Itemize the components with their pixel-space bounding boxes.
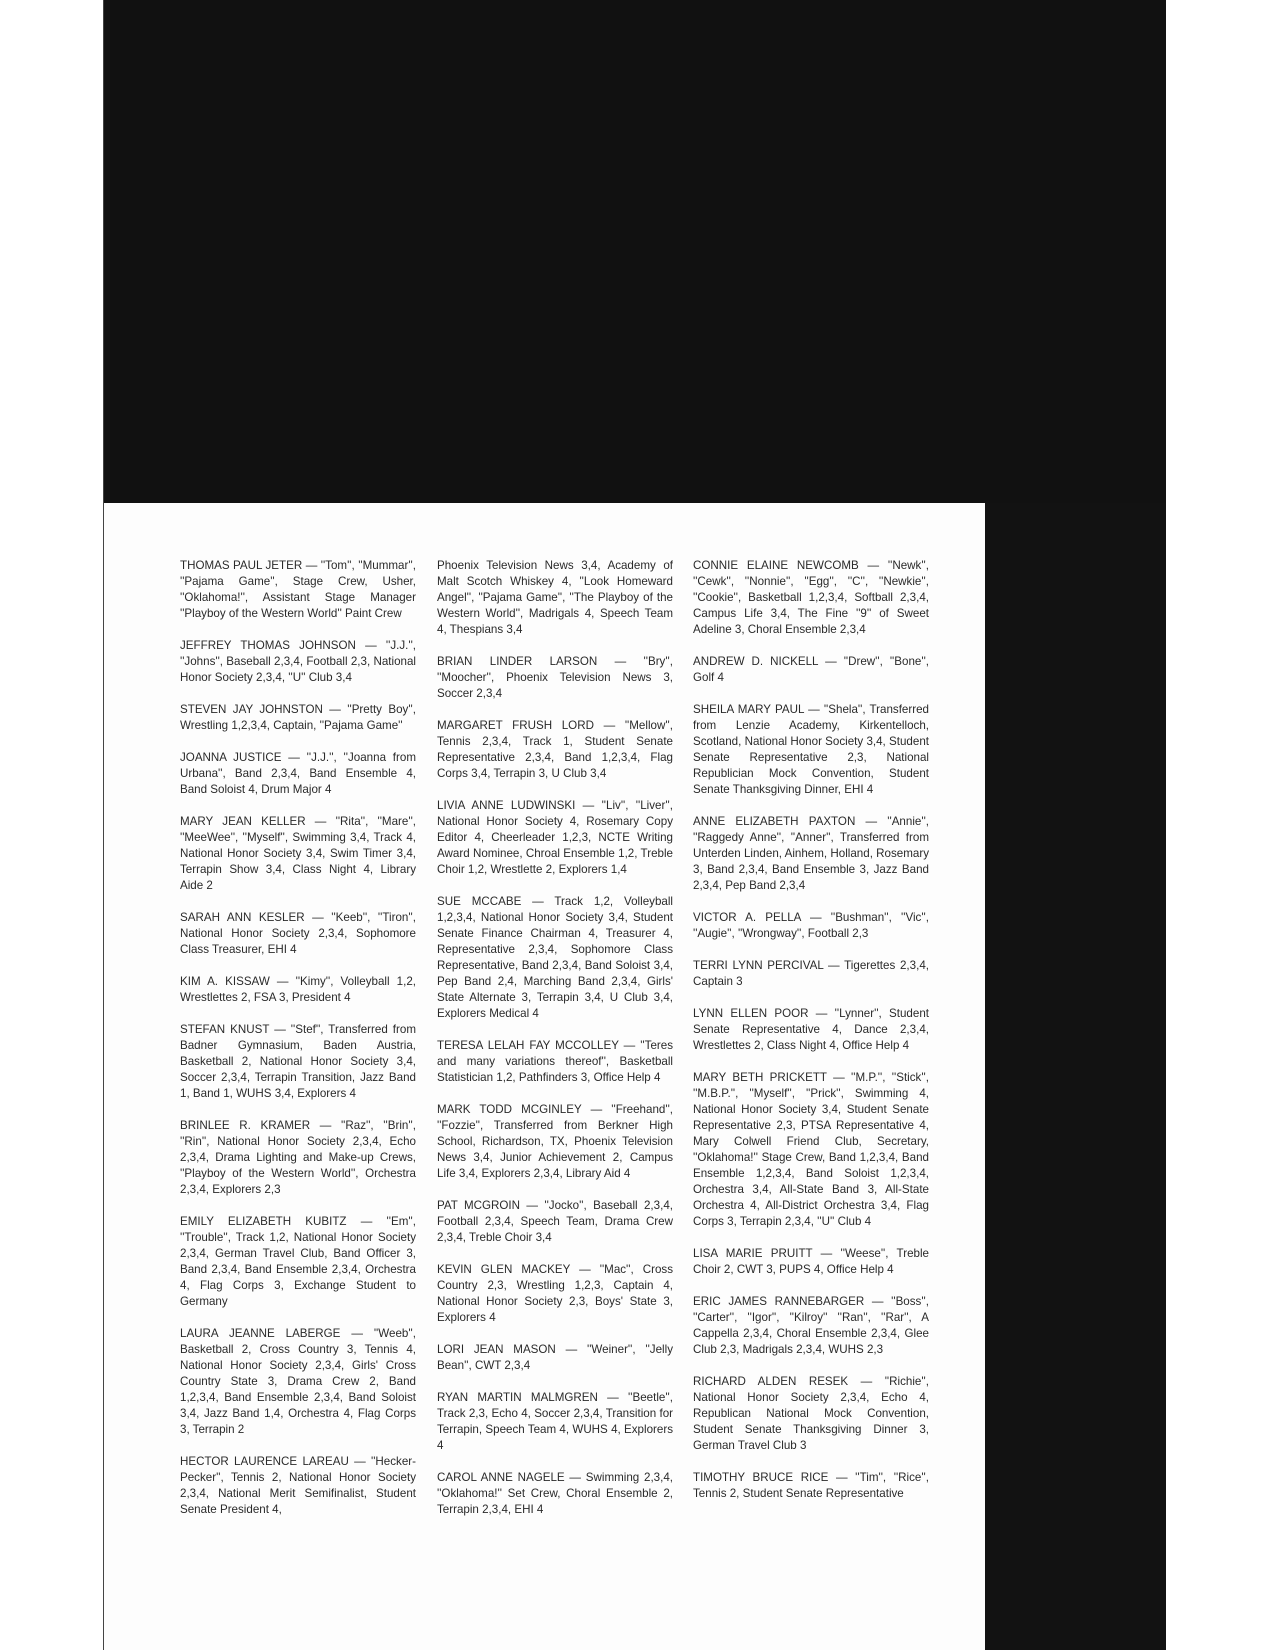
senior-entry: MARY JEAN KELLER — ''Rita'', ''Mare'', '… xyxy=(180,814,416,894)
page-edge-line xyxy=(103,0,104,1650)
senior-entry: LIVIA ANNE LUDWINSKI — ''Liv'', ''Liver'… xyxy=(437,798,673,878)
senior-entry: PAT MCGROIN — ''Jocko'', Baseball 2,3,4,… xyxy=(437,1198,673,1246)
scan-dark-background-top xyxy=(103,0,1166,503)
senior-entry: CAROL ANNE NAGELE — Swimming 2,3,4, ''Ok… xyxy=(437,1470,673,1518)
senior-entry: LYNN ELLEN POOR — ''Lynner'', Student Se… xyxy=(693,1006,929,1054)
senior-entry: BRIAN LINDER LARSON — ''Bry'', ''Moocher… xyxy=(437,654,673,702)
senior-entry: JOANNA JUSTICE — ''J.J.'', ''Joanna from… xyxy=(180,750,416,798)
senior-entry: KEVIN GLEN MACKEY — ''Mac'', Cross Count… xyxy=(437,1262,673,1326)
scan-left-margin xyxy=(0,0,103,1650)
senior-entry: TIMOTHY BRUCE RICE — ''Tim'', ''Rice'', … xyxy=(693,1470,929,1502)
senior-entry: EMILY ELIZABETH KUBITZ — ''Em'', ''Troub… xyxy=(180,1214,416,1310)
column-2: Phoenix Television News 3,4, Academy of … xyxy=(437,558,673,1534)
senior-entry: LISA MARIE PRUITT — ''Weese'', Treble Ch… xyxy=(693,1246,929,1278)
senior-entry: RICHARD ALDEN RESEK — ''Richie'', Nation… xyxy=(693,1374,929,1454)
scan-dark-background-right xyxy=(985,503,1166,1650)
senior-entry: JEFFREY THOMAS JOHNSON — ''J.J.'', ''Joh… xyxy=(180,638,416,686)
senior-entry: MARK TODD MCGINLEY — ''Freehand'', ''Foz… xyxy=(437,1102,673,1182)
column-3: CONNIE ELAINE NEWCOMB — ''Newk'', ''Cewk… xyxy=(693,558,929,1518)
senior-entry: LORI JEAN MASON — ''Weiner'', ''Jelly Be… xyxy=(437,1342,673,1374)
senior-entry: ERIC JAMES RANNEBARGER — ''Boss'', ''Car… xyxy=(693,1294,929,1358)
senior-entry: MARGARET FRUSH LORD — ''Mellow'', Tennis… xyxy=(437,718,673,782)
senior-entry: SUE MCCABE — Track 1,2, Volleyball 1,2,3… xyxy=(437,894,673,1022)
senior-entry: HECTOR LAURENCE LAREAU — ''Hecker-Pecker… xyxy=(180,1454,416,1518)
senior-entry: CONNIE ELAINE NEWCOMB — ''Newk'', ''Cewk… xyxy=(693,558,929,638)
senior-entry: STEFAN KNUST — ''Stef'', Transferred fro… xyxy=(180,1022,416,1102)
senior-entry: THOMAS PAUL JETER — ''Tom'', ''Mummar'',… xyxy=(180,558,416,622)
senior-entry: MARY BETH PRICKETT — ''M.P.'', ''Stick''… xyxy=(693,1070,929,1230)
senior-entry: LAURA JEANNE LABERGE — ''Weeb'', Basketb… xyxy=(180,1326,416,1438)
column-1: THOMAS PAUL JETER — ''Tom'', ''Mummar'',… xyxy=(180,558,416,1534)
senior-entry: RYAN MARTIN MALMGREN — ''Beetle'', Track… xyxy=(437,1390,673,1454)
senior-entry: SARAH ANN KESLER — ''Keeb'', ''Tiron'', … xyxy=(180,910,416,958)
senior-entry: STEVEN JAY JOHNSTON — ''Pretty Boy'', Wr… xyxy=(180,702,416,734)
senior-entry: SHEILA MARY PAUL — ''Shela'', Transferre… xyxy=(693,702,929,798)
senior-entry: BRINLEE R. KRAMER — ''Raz'', ''Brin'', '… xyxy=(180,1118,416,1198)
senior-entry: KIM A. KISSAW — ''Kimy'', Volleyball 1,2… xyxy=(180,974,416,1006)
scan-right-margin xyxy=(1166,0,1275,1650)
senior-entry: Phoenix Television News 3,4, Academy of … xyxy=(437,558,673,638)
senior-entry: TERESA LELAH FAY MCCOLLEY — ''Teres and … xyxy=(437,1038,673,1086)
senior-entry: VICTOR A. PELLA — ''Bushman'', ''Vic'', … xyxy=(693,910,929,942)
senior-entry: ANDREW D. NICKELL — ''Drew'', ''Bone'', … xyxy=(693,654,929,686)
senior-entry: TERRI LYNN PERCIVAL — Tigerettes 2,3,4, … xyxy=(693,958,929,990)
senior-entry: ANNE ELIZABETH PAXTON — ''Annie'', ''Rag… xyxy=(693,814,929,894)
